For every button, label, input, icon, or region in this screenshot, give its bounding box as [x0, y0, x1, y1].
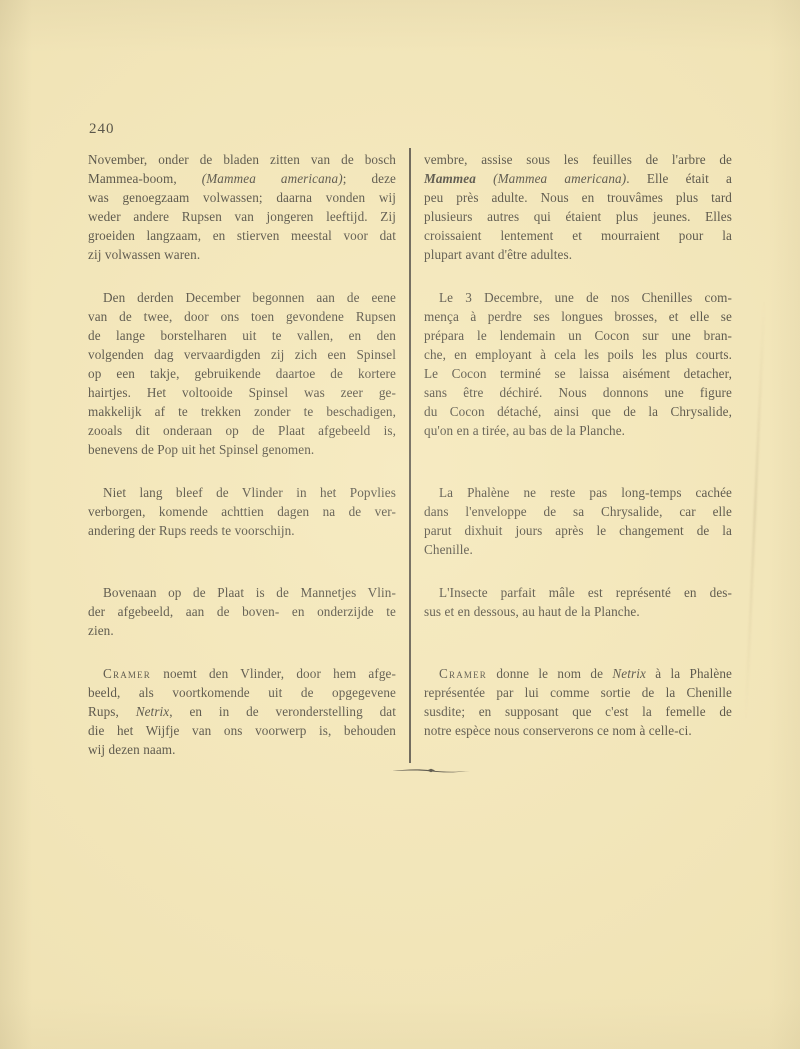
text-line: notre espèce nous conserverons ce nom à … [424, 721, 732, 740]
text-run: che, en employant à cela les poils les p… [424, 347, 732, 362]
text-run: à la Phalène [646, 666, 732, 681]
text-line: die het Wijfje van ons voorwerp is, beho… [88, 721, 396, 740]
text-run: makkelijk af te trekken zonder te bescha… [88, 404, 396, 419]
text-run: zooals dit onderaan op de Plaat afgebeel… [88, 423, 396, 438]
text-line: Mammea (Mammea americana). Elle était a [424, 169, 732, 188]
page-number: 240 [89, 121, 115, 138]
text-run: peu près adulte. Nous en trouvâmes plus … [424, 190, 732, 205]
text-line: du Cocon détaché, ainsi que de la Chrysa… [424, 402, 732, 421]
text-run: du Cocon détaché, ainsi que de la Chrysa… [424, 404, 732, 419]
text-run: op een takje, gebruikende daartoe de kor… [88, 366, 396, 381]
text-run: sans être déchiré. Nous donnons une figu… [424, 385, 732, 400]
text-run: Mammea [424, 171, 476, 186]
text-run: donne le nom de [487, 666, 612, 681]
text-line: peu près adulte. Nous en trouvâmes plus … [424, 188, 732, 207]
text-run: Cramer [103, 666, 151, 681]
text-line: Den derden December begonnen aan de eene [88, 288, 396, 307]
paragraph-french-2: Le 3 Decembre, une de nos Chenilles com-… [424, 288, 732, 459]
text-run: Le Cocon terminé se laissa aisément deta… [424, 366, 732, 381]
text-line: vembre, assise sous les feuilles de l'ar… [424, 150, 732, 169]
text-run: van de twee, door ons toen gevondene Rup… [88, 309, 396, 324]
text-run: Cramer [439, 666, 487, 681]
text-line: sans être déchiré. Nous donnons une figu… [424, 383, 732, 402]
two-column-text-block: November, onder de bladen zitten van de … [88, 150, 732, 759]
text-line: Mammea-boom, (Mammea americana); deze [88, 169, 396, 188]
text-run: Mammea-boom, [88, 171, 202, 186]
text-line: der afgebeeld, aan de boven- en onderzij… [88, 602, 396, 621]
text-run: November, onder de bladen zitten van de … [88, 152, 396, 167]
text-line: beeld, als voortkomende uit de opgegeven… [88, 683, 396, 702]
page-crease-shadow [745, 300, 765, 720]
text-line: groeiden langzaam, en stierven meestal v… [88, 226, 396, 245]
paragraph-dutch-2: Den derden December begonnen aan de eene… [88, 288, 396, 459]
text-run: La Phalène ne reste pas long-temps caché… [439, 485, 732, 500]
text-line: prépara le lendemain un Cocon sur une br… [424, 326, 732, 345]
text-line: van de twee, door ons toen gevondene Rup… [88, 307, 396, 326]
text-run: Bovenaan op de Plaat is de Mannetjes Vli… [103, 585, 396, 600]
text-line: Chenille. [424, 540, 732, 559]
text-run: der afgebeeld, aan de boven- en onderzij… [88, 604, 396, 619]
text-run: beeld, als voortkomende uit de opgegeven… [88, 685, 396, 700]
text-line: op een takje, gebruikende daartoe de kor… [88, 364, 396, 383]
text-run: susdite; en supposant que c'est la femel… [424, 704, 732, 719]
paragraph-french-1: vembre, assise sous les feuilles de l'ar… [424, 150, 732, 264]
text-run: (Mammea americana) [202, 171, 343, 186]
text-line: Bovenaan op de Plaat is de Mannetjes Vli… [88, 583, 396, 602]
text-line: wij dezen naam. [88, 740, 396, 759]
text-line: Rups, Netrix, en in de veronderstelling … [88, 702, 396, 721]
text-line: parut dixhuit jours après le changement … [424, 521, 732, 540]
paragraph-french-3: La Phalène ne reste pas long-temps caché… [424, 483, 732, 559]
text-run: Netrix [136, 704, 170, 719]
text-run: wij dezen naam. [88, 742, 176, 757]
text-run: verborgen, komende achttien dagen na de … [88, 504, 396, 519]
paragraph-dutch-3: Niet lang bleef de Vlinder in het Popvli… [88, 483, 396, 559]
text-run [476, 171, 493, 186]
text-run: croissaient lentement et mourraient pour… [424, 228, 732, 243]
text-line: zooals dit onderaan op de Plaat afgebeel… [88, 421, 396, 440]
text-line: Le Cocon terminé se laissa aisément deta… [424, 364, 732, 383]
text-line: susdite; en supposant que c'est la femel… [424, 702, 732, 721]
text-run: Le 3 Decembre, une de nos Chenilles com- [439, 290, 732, 305]
text-line: croissaient lentement et mourraient pour… [424, 226, 732, 245]
text-run: groeiden langzaam, en stierven meestal v… [88, 228, 396, 243]
text-line: benevens de Pop uit het Spinsel genomen. [88, 440, 396, 459]
paragraph-dutch-4: Bovenaan op de Plaat is de Mannetjes Vli… [88, 583, 396, 640]
text-run: . Elle était a [626, 171, 732, 186]
text-run: Den derden December begonnen aan de eene [103, 290, 396, 305]
text-run: Niet lang bleef de Vlinder in het Popvli… [103, 485, 396, 500]
text-line: Cramer donne le nom de Netrix à la Phalè… [424, 664, 732, 683]
text-run: Chenille. [424, 542, 473, 557]
text-line: plusieurs autres qui étaient plus jeunes… [424, 207, 732, 226]
text-run: weder andere Rupsen van jongeren leeftij… [88, 209, 396, 224]
text-line: Le 3 Decembre, une de nos Chenilles com- [424, 288, 732, 307]
text-run: benevens de Pop uit het Spinsel genomen. [88, 442, 314, 457]
column-divider-rule [409, 148, 411, 763]
text-line: volgenden dag vervaardigden zij zich een… [88, 345, 396, 364]
text-line: November, onder de bladen zitten van de … [88, 150, 396, 169]
text-run: zij volwassen waren. [88, 247, 200, 262]
text-run: was genoegzaam volwassen; daarna vonden … [88, 190, 396, 205]
text-run: , en in de veronderstelling dat [169, 704, 396, 719]
text-run: parut dixhuit jours après le changement … [424, 523, 732, 538]
text-line: weder andere Rupsen van jongeren leeftij… [88, 207, 396, 226]
text-line: L'Insecte parfait mâle est représenté en… [424, 583, 732, 602]
text-line: La Phalène ne reste pas long-temps caché… [424, 483, 732, 502]
text-line: makkelijk af te trekken zonder te bescha… [88, 402, 396, 421]
text-run: Rups, [88, 704, 136, 719]
paragraph-french-5: Cramer donne le nom de Netrix à la Phalè… [424, 664, 732, 759]
paragraph-dutch-1: November, onder de bladen zitten van de … [88, 150, 396, 264]
text-run: prépara le lendemain un Cocon sur une br… [424, 328, 732, 343]
text-run: qu'on en a tirée, au bas de la Planche. [424, 423, 625, 438]
text-run: volgenden dag vervaardigden zij zich een… [88, 347, 396, 362]
text-line: de lange borstelharen uit te vallen, en … [88, 326, 396, 345]
text-run: Netrix [612, 666, 646, 681]
text-run: hairtjes. Het voltooide Spinsel was zeer… [88, 385, 396, 400]
text-run: plupart avant d'être adultes. [424, 247, 572, 262]
text-run: plusieurs autres qui étaient plus jeunes… [424, 209, 732, 224]
text-line: che, en employant à cela les poils les p… [424, 345, 732, 364]
text-run: ; deze [343, 171, 396, 186]
text-run: andering der Rups reeds te voorschijn. [88, 523, 295, 538]
text-run: die het Wijfje van ons voorwerp is, beho… [88, 723, 396, 738]
text-line: représentée par lui comme sortie de la C… [424, 683, 732, 702]
text-line: sus et en dessous, au haut de la Planche… [424, 602, 732, 621]
text-line: mença à perdre ses longues brosses, et e… [424, 307, 732, 326]
text-run: noemt den Vlinder, door hem afge- [151, 666, 396, 681]
text-line: plupart avant d'être adultes. [424, 245, 732, 264]
text-run: sus et en dessous, au haut de la Planche… [424, 604, 640, 619]
book-page-scan: 240 November, onder de bladen zitten van… [0, 0, 800, 1049]
text-line: was genoegzaam volwassen; daarna vonden … [88, 188, 396, 207]
text-run: (Mammea americana) [493, 171, 626, 186]
text-run: zien. [88, 623, 114, 638]
text-line: zien. [88, 621, 396, 640]
text-run: représentée par lui comme sortie de la C… [424, 685, 732, 700]
swelled-rule-ornament [392, 766, 470, 776]
text-line: verborgen, komende achttien dagen na de … [88, 502, 396, 521]
text-line: Niet lang bleef de Vlinder in het Popvli… [88, 483, 396, 502]
text-line: hairtjes. Het voltooide Spinsel was zeer… [88, 383, 396, 402]
text-line: Cramer noemt den Vlinder, door hem afge- [88, 664, 396, 683]
text-run: de lange borstelharen uit te vallen, en … [88, 328, 396, 343]
text-run: vembre, assise sous les feuilles de l'ar… [424, 152, 732, 167]
text-line: andering der Rups reeds te voorschijn. [88, 521, 396, 540]
text-line: dans l'enveloppe de sa Chrysalide, car e… [424, 502, 732, 521]
text-line: qu'on en a tirée, au bas de la Planche. [424, 421, 732, 440]
text-run: mença à perdre ses longues brosses, et e… [424, 309, 732, 324]
text-line: zij volwassen waren. [88, 245, 396, 264]
text-run: L'Insecte parfait mâle est représenté en… [439, 585, 732, 600]
text-run: dans l'enveloppe de sa Chrysalide, car e… [424, 504, 732, 519]
text-run: notre espèce nous conserverons ce nom à … [424, 723, 692, 738]
paragraph-french-4: L'Insecte parfait mâle est représenté en… [424, 583, 732, 640]
paragraph-dutch-5: Cramer noemt den Vlinder, door hem afge-… [88, 664, 396, 759]
